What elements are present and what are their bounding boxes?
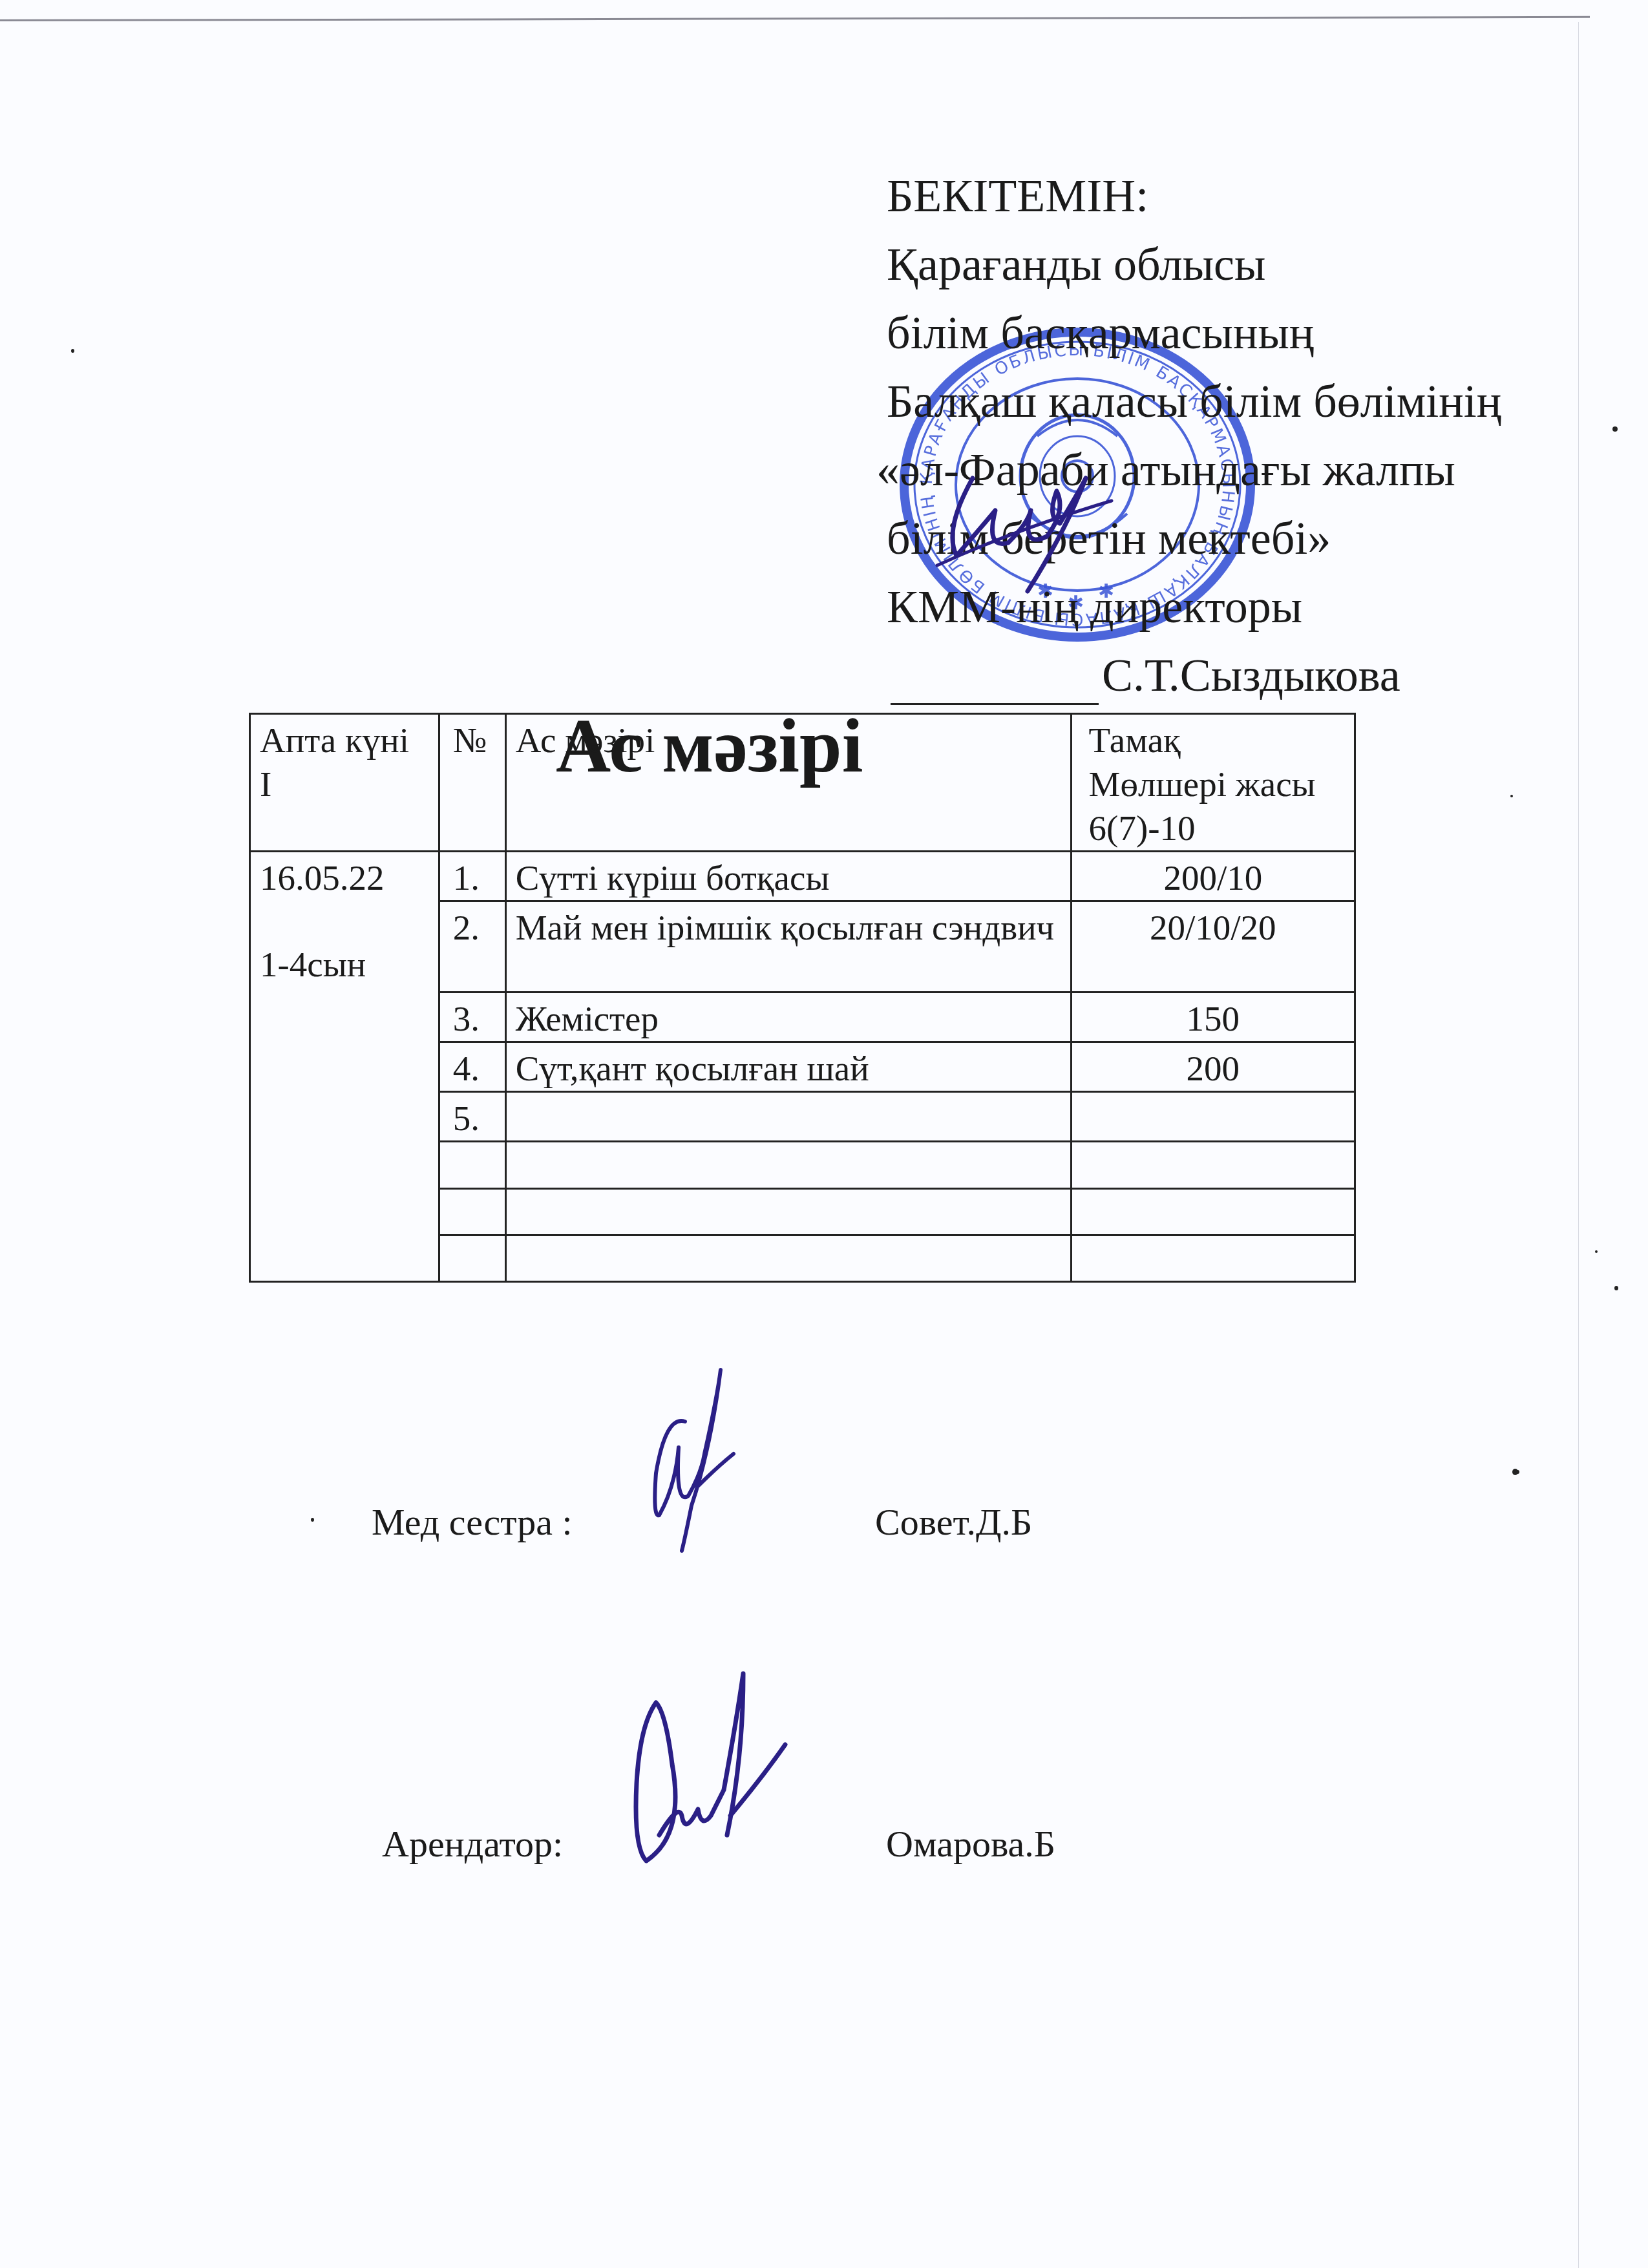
dish-portion	[1071, 1189, 1355, 1235]
signature-underline	[891, 703, 1099, 705]
tenant-name: Омарова.Б	[886, 1822, 1055, 1865]
row-number: 4.	[439, 1042, 505, 1092]
nurse-label: Мед сестра :	[372, 1500, 573, 1544]
dish-name	[505, 1142, 1071, 1189]
dish-portion: 200/10	[1071, 852, 1355, 901]
scan-speck	[1595, 1250, 1598, 1253]
dish-name: Май мен ірімшік қосылған сэндвич	[505, 901, 1071, 992]
scan-edge-top	[0, 16, 1590, 21]
header-day: Апта күні І	[250, 714, 439, 852]
director-sign-row: С.Т.Сыздыкова	[887, 641, 1468, 709]
row-number: 2.	[439, 901, 505, 992]
header-day-label: Апта күні	[260, 720, 409, 760]
approval-block: БЕКІТЕМІН: Қарағанды облысы білім басқар…	[887, 162, 1468, 709]
dish-name	[505, 1235, 1071, 1282]
dish-portion	[1071, 1142, 1355, 1189]
table-row: 16.05.22 1-4сын 1. Сүтті күріш ботқасы 2…	[250, 852, 1355, 901]
approval-heading: БЕКІТЕМІН:	[887, 162, 1468, 230]
approval-line-department: білім басқармасының	[887, 299, 1468, 367]
scan-edge-right	[1578, 22, 1579, 2268]
approval-line-city-department: Балқаш қаласы білім бөлімінің	[887, 367, 1468, 436]
scan-speck	[311, 1518, 314, 1522]
row-number	[439, 1235, 505, 1282]
dish-name	[505, 1092, 1071, 1142]
header-number: №	[439, 714, 505, 852]
row-number	[439, 1189, 505, 1235]
scan-speck	[1612, 426, 1618, 432]
scan-speck	[1512, 1469, 1518, 1475]
day-cell: 16.05.22 1-4сын	[250, 852, 439, 1282]
scan-speck	[1614, 1286, 1618, 1290]
tenant-signature	[620, 1641, 801, 1874]
row-number: 1.	[439, 852, 505, 901]
director-name: С.Т.Сыздыкова	[1102, 641, 1400, 709]
row-number	[439, 1142, 505, 1189]
nurse-name: Совет.Д.Б	[875, 1500, 1032, 1544]
table-header-row: Апта күні І № Ас мәзірі Тамақ Мөлшері жа…	[250, 714, 1355, 852]
dish-name: Жемістер	[505, 992, 1071, 1042]
header-menu: Ас мәзірі	[505, 714, 1071, 852]
header-portion-line2: Мөлшері жасы	[1089, 764, 1316, 804]
dish-name: Сүтті күріш ботқасы	[505, 852, 1071, 901]
director-signature	[918, 452, 1125, 594]
header-portion-line1: Тамақ	[1089, 720, 1181, 760]
header-day-sub: І	[260, 764, 271, 804]
dish-name: Сүт,қант қосылған шай	[505, 1042, 1071, 1092]
menu-table: Апта күні І № Ас мәзірі Тамақ Мөлшері жа…	[249, 713, 1356, 1283]
tenant-label: Арендатор:	[382, 1822, 563, 1865]
menu-date: 16.05.22	[260, 858, 385, 898]
dish-portion	[1071, 1092, 1355, 1142]
header-portion: Тамақ Мөлшері жасы 6(7)-10	[1071, 714, 1355, 852]
dish-portion: 150	[1071, 992, 1355, 1042]
nurse-signature	[640, 1357, 743, 1557]
dish-portion	[1071, 1235, 1355, 1282]
header-portion-line3: 6(7)-10	[1089, 808, 1196, 848]
class-group: 1-4сын	[260, 943, 429, 987]
dish-name	[505, 1189, 1071, 1235]
row-number: 5.	[439, 1092, 505, 1142]
approval-line-region: Қарағанды облысы	[887, 230, 1468, 299]
dish-portion: 200	[1071, 1042, 1355, 1092]
dish-portion: 20/10/20	[1071, 901, 1355, 992]
scan-speck	[71, 349, 74, 353]
scan-speck	[1510, 795, 1513, 797]
row-number: 3.	[439, 992, 505, 1042]
